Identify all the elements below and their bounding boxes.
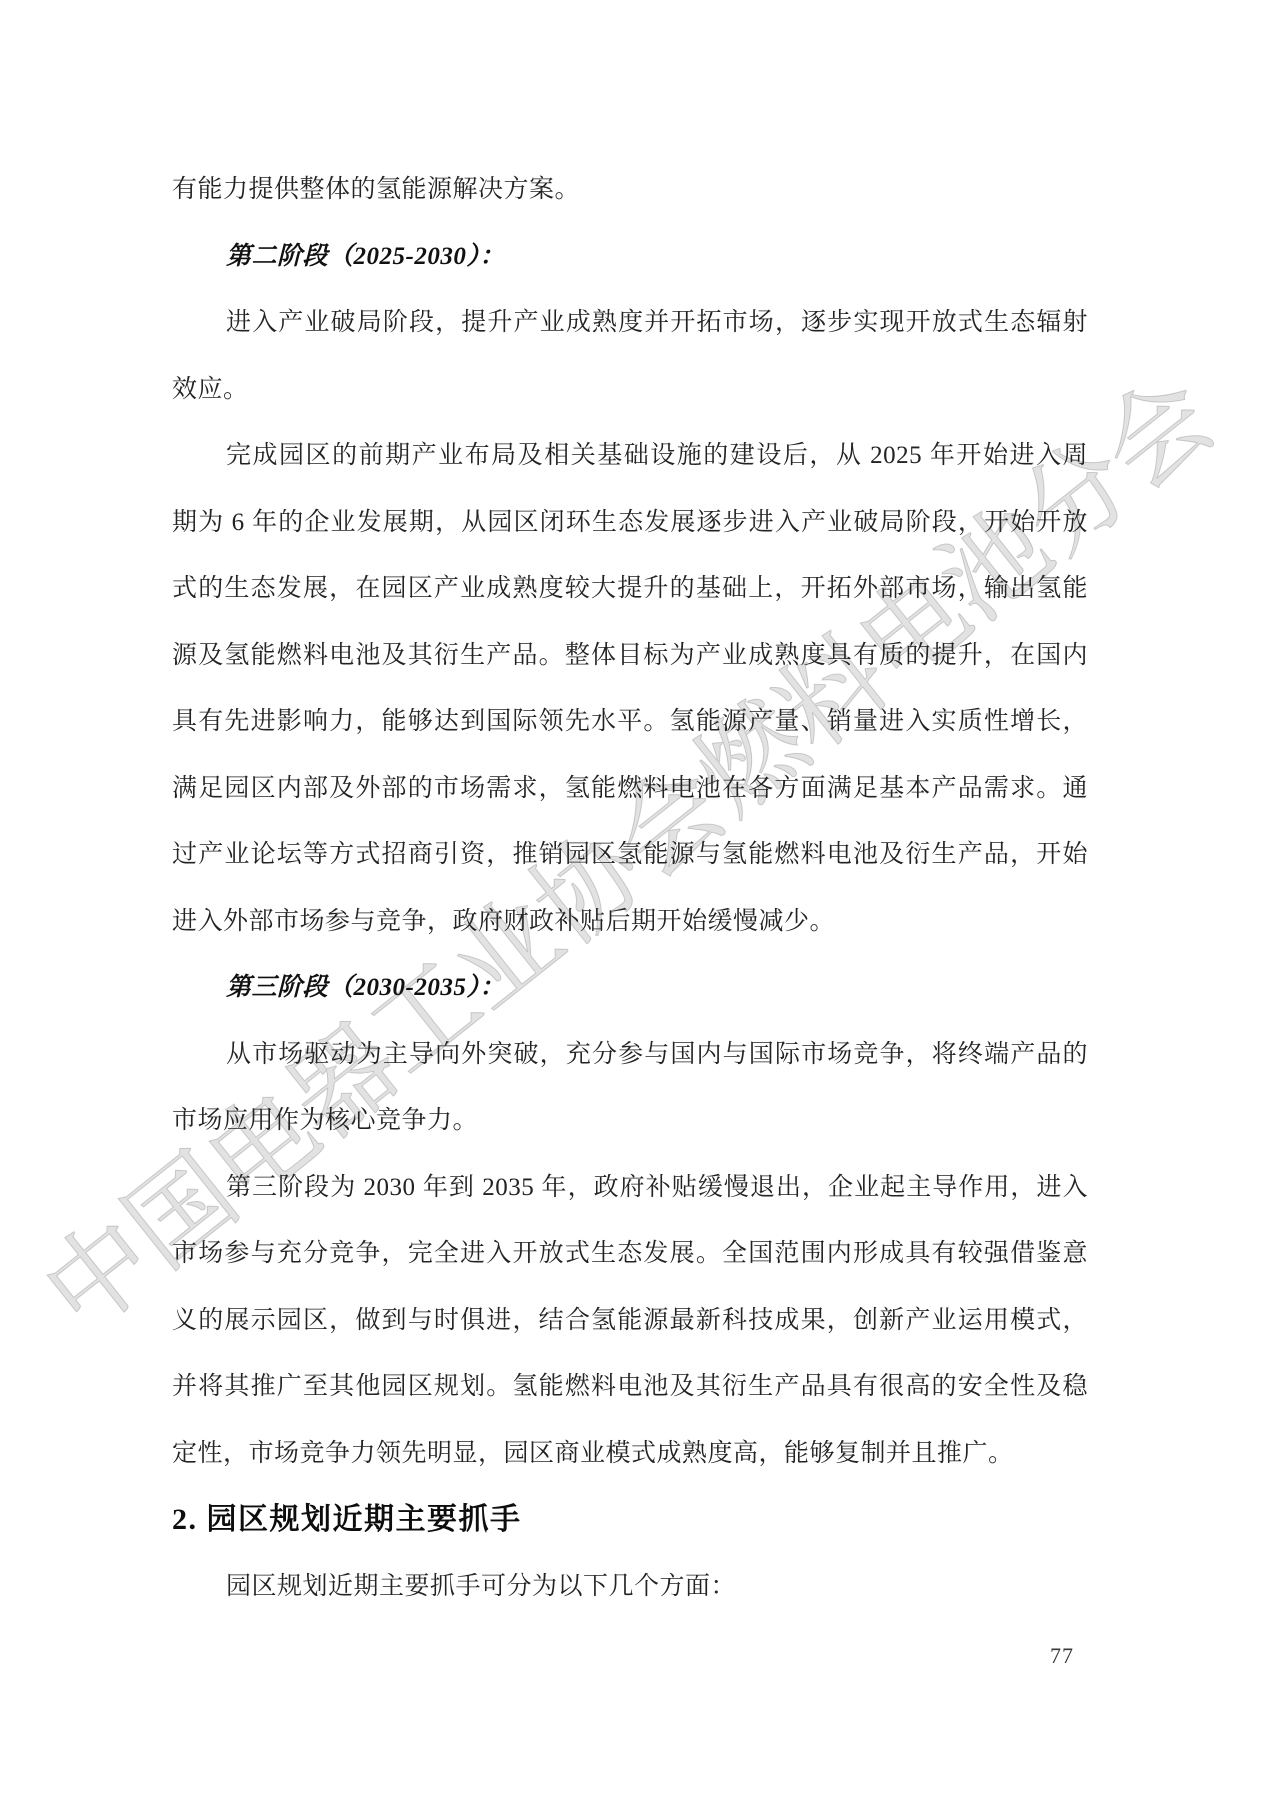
paragraph-line: 效应。 — [172, 357, 1088, 424]
stage-heading: 第三阶段（2030-2035）： — [172, 955, 1088, 1022]
paragraph-line: 源及氢能燃料电池及其衍生产品。整体目标为产业成熟度具有质的提升，在国内 — [172, 623, 1088, 690]
paragraph-line: 第三阶段为 2030 年到 2035 年，政府补贴缓慢退出，企业起主导作用，进入 — [172, 1155, 1088, 1222]
paragraph-line: 义的展示园区，做到与时俱进，结合氢能源最新科技成果，创新产业运用模式， — [172, 1288, 1088, 1355]
page-number: 77 — [1050, 1643, 1074, 1669]
document-body: 有能力提供整体的氢能源解决方案。第二阶段（2025-2030）：进入产业破局阶段… — [172, 157, 1088, 1620]
paragraph-line: 完成园区的前期产业布局及相关基础设施的建设后，从 2025 年开始进入周 — [172, 423, 1088, 490]
paragraph-line: 具有先进影响力，能够达到国际领先水平。氢能源产量、销量进入实质性增长， — [172, 689, 1088, 756]
paragraph-line: 进入产业破局阶段，提升产业成熟度并开拓市场，逐步实现开放式生态辐射 — [172, 290, 1088, 357]
stage-heading: 第二阶段（2025-2030）： — [172, 224, 1088, 291]
paragraph-line: 从市场驱动为主导向外突破，充分参与国内与国际市场竞争，将终端产品的 — [172, 1022, 1088, 1089]
document-page: 中国电器工业协会燃料电池分会 有能力提供整体的氢能源解决方案。第二阶段（2025… — [0, 0, 1273, 1800]
paragraph-line: 有能力提供整体的氢能源解决方案。 — [172, 157, 1088, 224]
paragraph-line: 进入外部市场参与竞争，政府财政补贴后期开始缓慢减少。 — [172, 889, 1088, 956]
section-heading: 2. 园区规划近期主要抓手 — [172, 1487, 1088, 1554]
paragraph-line: 园区规划近期主要抓手可分为以下几个方面： — [172, 1554, 1088, 1621]
paragraph-line: 式的生态发展，在园区产业成熟度较大提升的基础上，开拓外部市场，输出氢能 — [172, 556, 1088, 623]
paragraph-line: 期为 6 年的企业发展期，从园区闭环生态发展逐步进入产业破局阶段，开始开放 — [172, 490, 1088, 557]
paragraph-line: 满足园区内部及外部的市场需求，氢能燃料电池在各方面满足基本产品需求。通 — [172, 756, 1088, 823]
paragraph-line: 市场应用作为核心竞争力。 — [172, 1088, 1088, 1155]
paragraph-line: 市场参与充分竞争，完全进入开放式生态发展。全国范围内形成具有较强借鉴意 — [172, 1221, 1088, 1288]
paragraph-line: 定性，市场竞争力领先明显，园区商业模式成熟度高，能够复制并且推广。 — [172, 1421, 1088, 1488]
paragraph-line: 过产业论坛等方式招商引资，推销园区氢能源与氢能燃料电池及衍生产品，开始 — [172, 822, 1088, 889]
paragraph-line: 并将其推广至其他园区规划。氢能燃料电池及其衍生产品具有很高的安全性及稳 — [172, 1354, 1088, 1421]
